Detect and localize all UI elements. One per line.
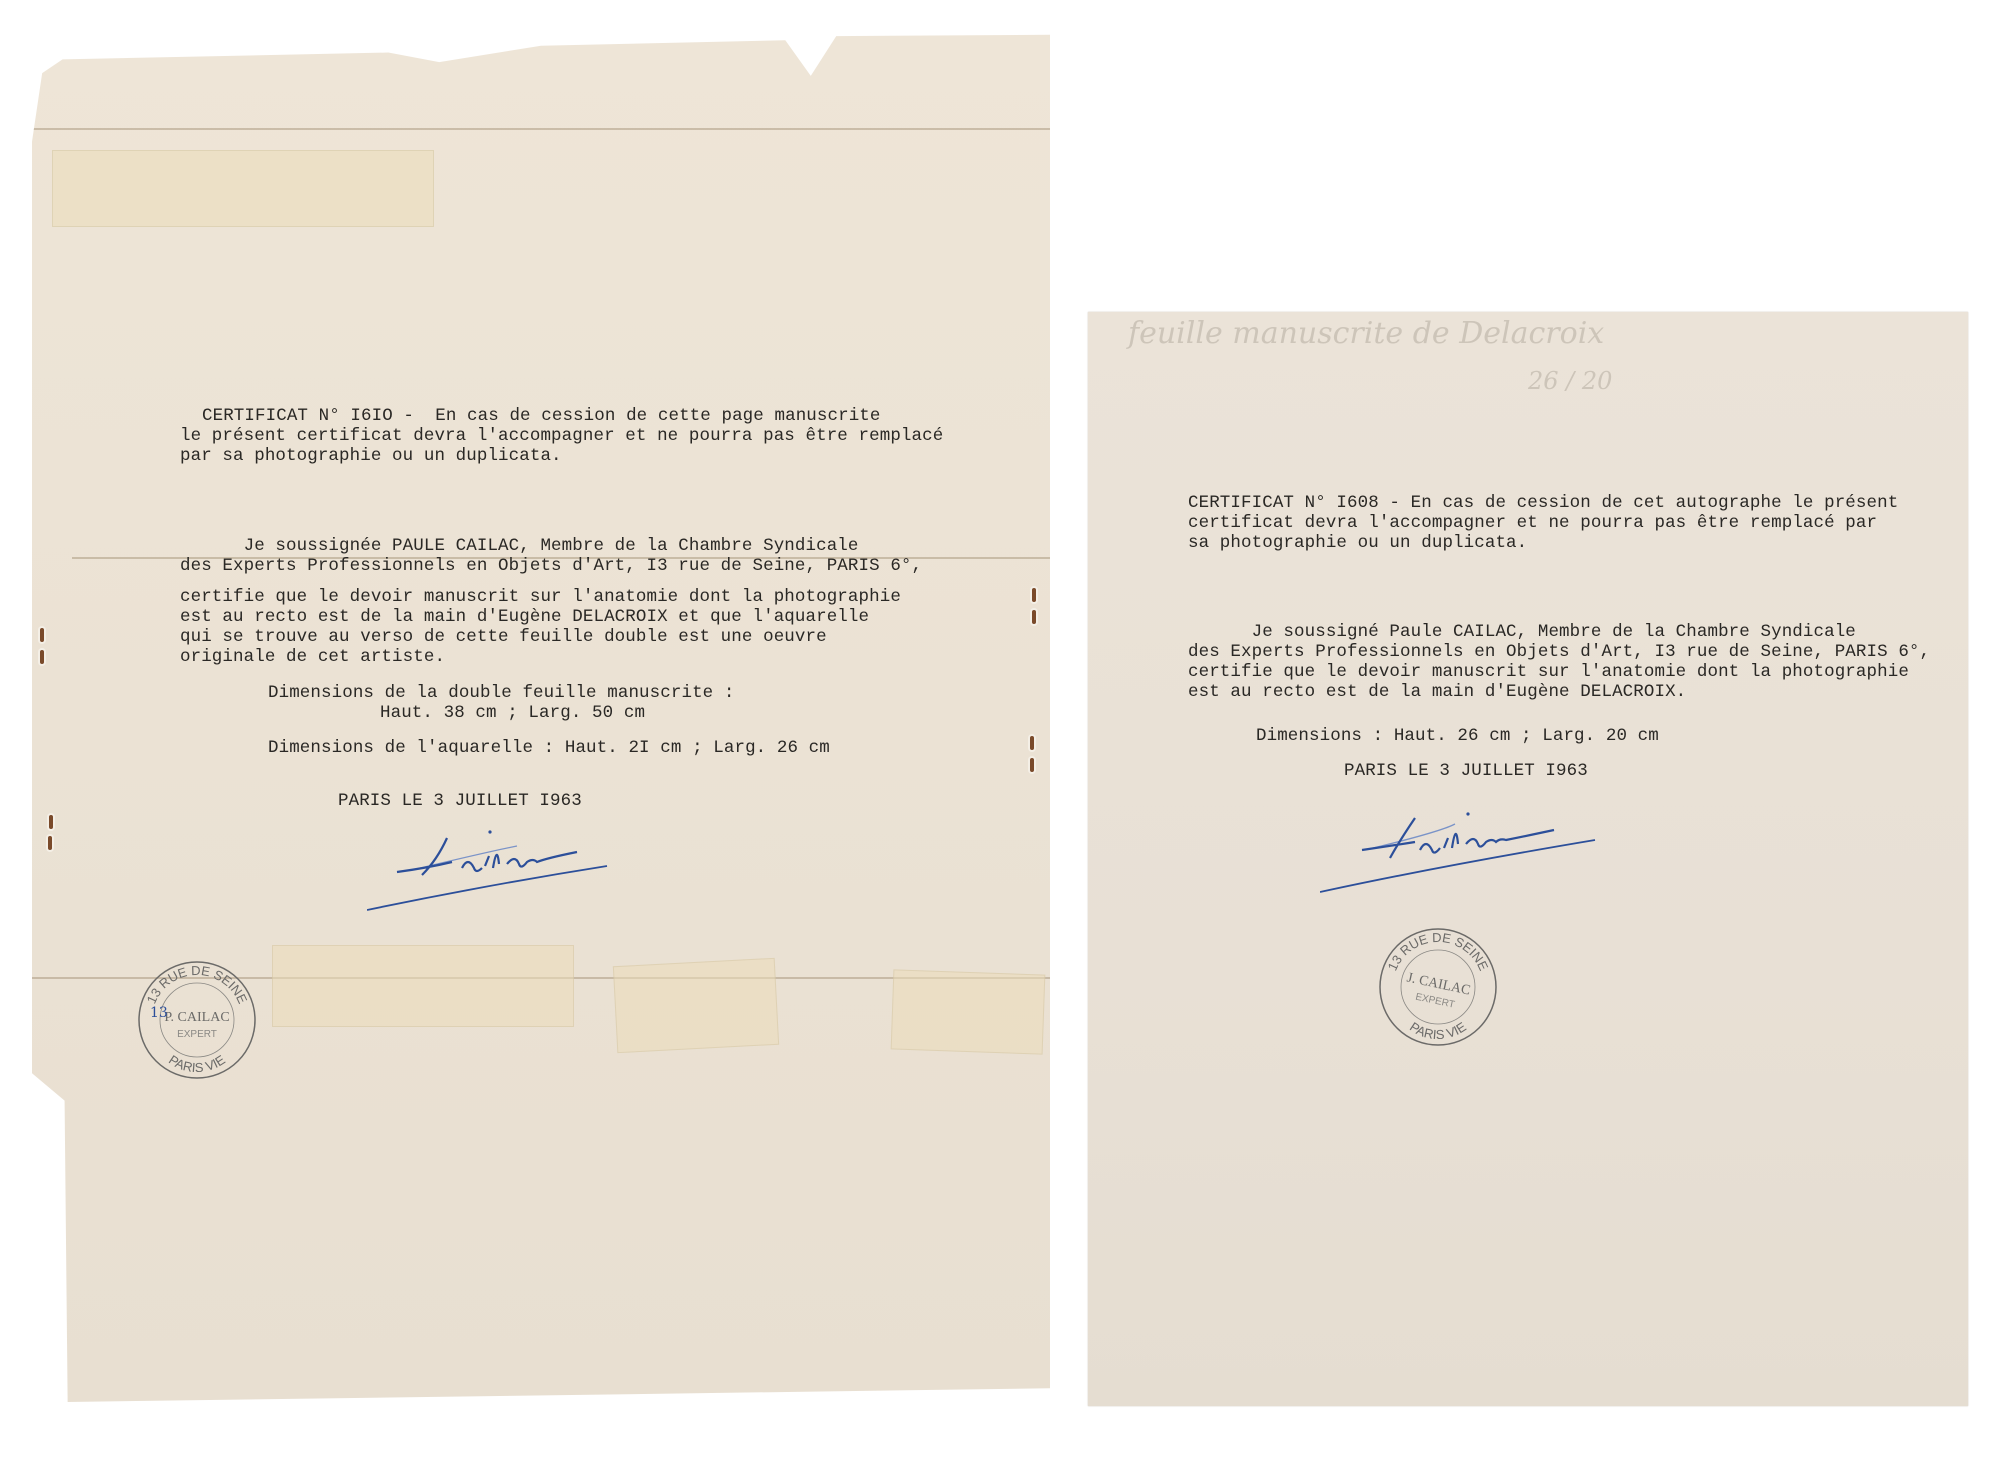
tape-strip xyxy=(272,945,574,1027)
dimensions: Dimensions : Haut. 26 cm ; Larg. 20 cm xyxy=(1256,727,1659,747)
expert-stamp: 13 RUE DE SEINE PARIS VIE P. CAILAC EXPE… xyxy=(132,955,262,1085)
svg-text:13: 13 xyxy=(150,1005,168,1021)
body-line: certifie que le devoir manuscrit sur l'a… xyxy=(180,588,901,608)
certificate-header: CERTIFICAT N° I608 - En cas de cession d… xyxy=(1188,494,1898,514)
date-line: PARIS LE 3 JUILLET I963 xyxy=(338,792,582,812)
staple xyxy=(1030,736,1034,750)
svg-text:13 RUE DE SEINE: 13 RUE DE SEINE xyxy=(144,963,251,1006)
signature xyxy=(1320,810,1640,910)
body-line: des Experts Professionnels en Objets d'A… xyxy=(1188,643,1930,663)
dimensions-value: Haut. 38 cm ; Larg. 50 cm xyxy=(380,704,645,724)
intro-line: le présent certificat devra l'accompagne… xyxy=(180,427,943,447)
body-line: des Experts Professionnels en Objets d'A… xyxy=(180,557,922,577)
certificate-header: CERTIFICAT N° I6IO - En cas de cession d… xyxy=(202,407,881,427)
date-line: PARIS LE 3 JUILLET I963 xyxy=(1344,762,1588,782)
svg-text:PARIS VIE: PARIS VIE xyxy=(1407,1019,1469,1042)
body-line: est au recto est de la main d'Eugène DEL… xyxy=(1188,683,1686,703)
expert-stamp: 13 RUE DE SEINE PARIS VIE J. CAILAC EXPE… xyxy=(1373,922,1503,1052)
body-line: est au recto est de la main d'Eugène DEL… xyxy=(180,608,869,628)
intro-line: sa photographie ou un duplicata. xyxy=(1188,534,1527,554)
body-line: Je soussigné Paule CAILAC, Membre de la … xyxy=(1188,623,1856,643)
staple xyxy=(40,650,44,664)
staple xyxy=(48,836,52,850)
staple xyxy=(49,815,53,829)
tape-strip xyxy=(52,150,434,227)
pencil-annotation: 26 / 20 xyxy=(1528,367,1612,395)
certificate-sheet-1610: CERTIFICAT N° I6IO - En cas de cession d… xyxy=(32,32,1050,1402)
body-line: certifie que le devoir manuscrit sur l'a… xyxy=(1188,663,1909,683)
svg-text:P. CAILAC: P. CAILAC xyxy=(164,1010,229,1025)
staple xyxy=(1030,758,1034,772)
body-line: qui se trouve au verso de cette feuille … xyxy=(180,628,827,648)
pencil-annotation: feuille manuscrite de Delacroix xyxy=(1128,316,1604,351)
tape-strip xyxy=(891,969,1046,1054)
body-line: originale de cet artiste. xyxy=(180,648,445,668)
staple xyxy=(1032,588,1036,602)
signature xyxy=(367,830,687,930)
fold-line xyxy=(32,128,1050,130)
tape-strip xyxy=(613,958,779,1053)
staple xyxy=(1032,610,1036,624)
intro-line: certificat devra l'accompagner et ne pou… xyxy=(1188,514,1877,534)
staple xyxy=(40,628,44,642)
aquarelle-dimensions: Dimensions de l'aquarelle : Haut. 2I cm … xyxy=(268,739,830,759)
certificate-sheet-1608: feuille manuscrite de Delacroix 26 / 20 … xyxy=(1088,312,1968,1406)
body-line: Je soussignée PAULE CAILAC, Membre de la… xyxy=(180,537,859,557)
svg-text:EXPERT: EXPERT xyxy=(177,1029,217,1040)
intro-line: par sa photographie ou un duplicata. xyxy=(180,447,562,467)
dimensions-label: Dimensions de la double feuille manuscri… xyxy=(268,684,734,704)
svg-text:13 RUE DE SEINE: 13 RUE DE SEINE xyxy=(1385,930,1492,973)
svg-text:PARIS VIE: PARIS VIE xyxy=(166,1052,228,1075)
